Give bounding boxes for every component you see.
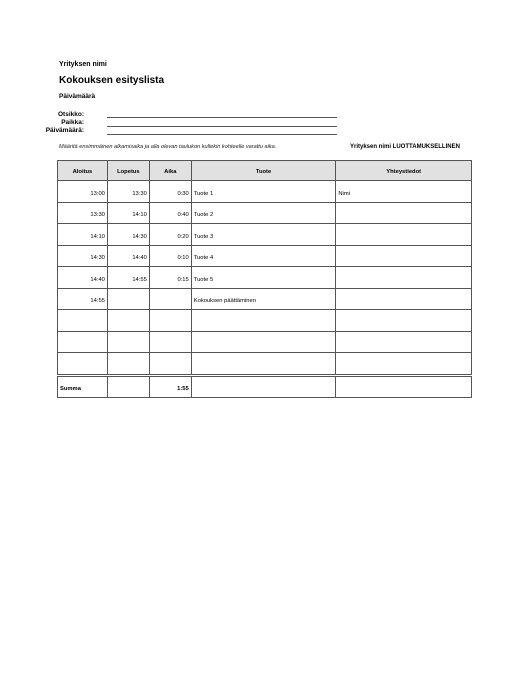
cell-start[interactable] [58,310,108,332]
cell-contact[interactable]: Nimi [336,181,472,203]
cell-duration[interactable] [149,310,191,332]
date-heading: Päivämäärä [59,93,95,100]
cell-duration[interactable] [149,331,191,353]
location-field[interactable] [107,126,337,127]
cell-start[interactable] [58,353,108,376]
cell-end[interactable] [107,331,149,353]
cell-start[interactable]: 13:00 [58,181,108,203]
cell-end[interactable]: 14:30 [107,224,149,246]
field-label-date: Päivämäärä: [24,127,84,134]
cell-duration[interactable]: 0:10 [149,245,191,267]
cell-item[interactable]: Tuote 5 [191,267,336,289]
cell-contact[interactable] [336,353,472,376]
table-row [58,353,472,376]
cell-item[interactable]: Tuote 2 [191,202,336,224]
cell-duration[interactable] [149,288,191,310]
cell-contact[interactable] [336,310,472,332]
confidential-label: Yrityksen nimi LUOTTAMUKSELLINEN [350,144,460,150]
cell-end[interactable]: 14:55 [107,267,149,289]
instruction-text: Määritä ensimmäinen alkamisaika ja alla … [59,144,276,150]
cell-duration[interactable] [149,353,191,376]
page-title: Kokouksen esityslista [59,75,164,86]
cell-item[interactable]: Tuote 3 [191,224,336,246]
table-header-row: Aloitus Lopetus Aika Tuote Yhteystiedot [58,161,472,181]
summary-contact[interactable] [336,375,472,398]
cell-start[interactable]: 14:30 [58,245,108,267]
cell-item[interactable] [191,310,336,332]
cell-item[interactable] [191,331,336,353]
column-header-item: Tuote [191,161,336,181]
field-label-location: Paikka: [24,119,84,126]
cell-start[interactable]: 14:40 [58,267,108,289]
summary-row: Summa 1:55 [58,375,472,398]
title-field[interactable] [107,117,337,118]
table-row: 13:0013:300:30Tuote 1Nimi [58,181,472,203]
agenda-table: Aloitus Lopetus Aika Tuote Yhteystiedot … [57,160,472,398]
company-name: Yrityksen nimi [59,61,107,68]
cell-contact[interactable] [336,245,472,267]
cell-start[interactable]: 14:10 [58,224,108,246]
cell-start[interactable] [58,331,108,353]
table-row [58,310,472,332]
column-header-duration: Aika [149,161,191,181]
date-field[interactable] [107,134,337,135]
cell-end[interactable] [107,353,149,376]
cell-item[interactable]: Tuote 1 [191,181,336,203]
field-label-title: Otsikko: [24,111,84,118]
cell-contact[interactable] [336,202,472,224]
cell-contact[interactable] [336,224,472,246]
cell-contact[interactable] [336,267,472,289]
cell-duration[interactable]: 0:30 [149,181,191,203]
table-row: 14:3014:400:10Tuote 4 [58,245,472,267]
cell-item[interactable]: Kokouksen päättäminen [191,288,336,310]
table-row: 14:55Kokouksen päättäminen [58,288,472,310]
table-row [58,331,472,353]
cell-end[interactable]: 14:40 [107,245,149,267]
cell-contact[interactable] [336,331,472,353]
cell-end[interactable]: 13:30 [107,181,149,203]
column-header-end: Lopetus [107,161,149,181]
cell-end[interactable]: 14:10 [107,202,149,224]
summary-end[interactable] [107,375,149,398]
cell-item[interactable] [191,353,336,376]
cell-start[interactable]: 14:55 [58,288,108,310]
summary-label: Summa [58,375,108,398]
table-row: 14:1014:300:20Tuote 3 [58,224,472,246]
table-row: 14:4014:550:15Tuote 5 [58,267,472,289]
cell-contact[interactable] [336,288,472,310]
cell-duration[interactable]: 0:20 [149,224,191,246]
cell-duration[interactable]: 0:40 [149,202,191,224]
cell-duration[interactable]: 0:15 [149,267,191,289]
cell-item[interactable]: Tuote 4 [191,245,336,267]
cell-start[interactable]: 13:30 [58,202,108,224]
cell-end[interactable] [107,310,149,332]
cell-end[interactable] [107,288,149,310]
summary-duration: 1:55 [149,375,191,398]
table-row: 13:3014:100:40Tuote 2 [58,202,472,224]
column-header-contact: Yhteystiedot [336,161,472,181]
summary-item[interactable] [191,375,336,398]
column-header-start: Aloitus [58,161,108,181]
